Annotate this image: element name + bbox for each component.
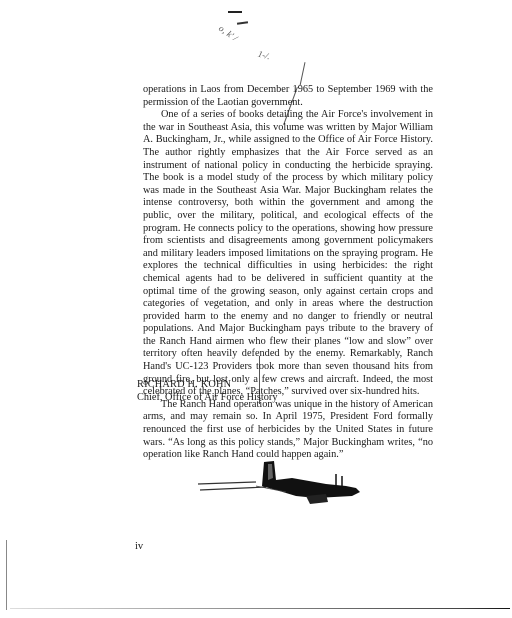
pen-mark [300,62,306,86]
signatory-title: Chief, Office of Air Force History [137,392,278,405]
page-number: iv [135,541,143,552]
handwritten-annotation: o‚ k' / [217,23,239,43]
handwritten-annotation: 1-/. [257,49,271,62]
signature-block: RICHARD H. KOHN Chief, Office of Air For… [137,379,278,404]
scan-edge [10,608,510,609]
document-page: o‚ k' / 1-/. operations in Laos from Dec… [0,0,512,618]
scan-mark [237,21,248,25]
signatory-name: RICHARD H. KOHN [137,379,278,392]
scan-edge [6,540,7,610]
scan-mark [228,11,242,13]
paragraph: One of a series of books detailing the A… [143,109,433,399]
foreword-text: operations in Laos from December 1965 to… [143,84,433,462]
aircraft-illustration-icon [196,452,366,512]
paragraph: operations in Laos from December 1965 to… [143,84,433,109]
